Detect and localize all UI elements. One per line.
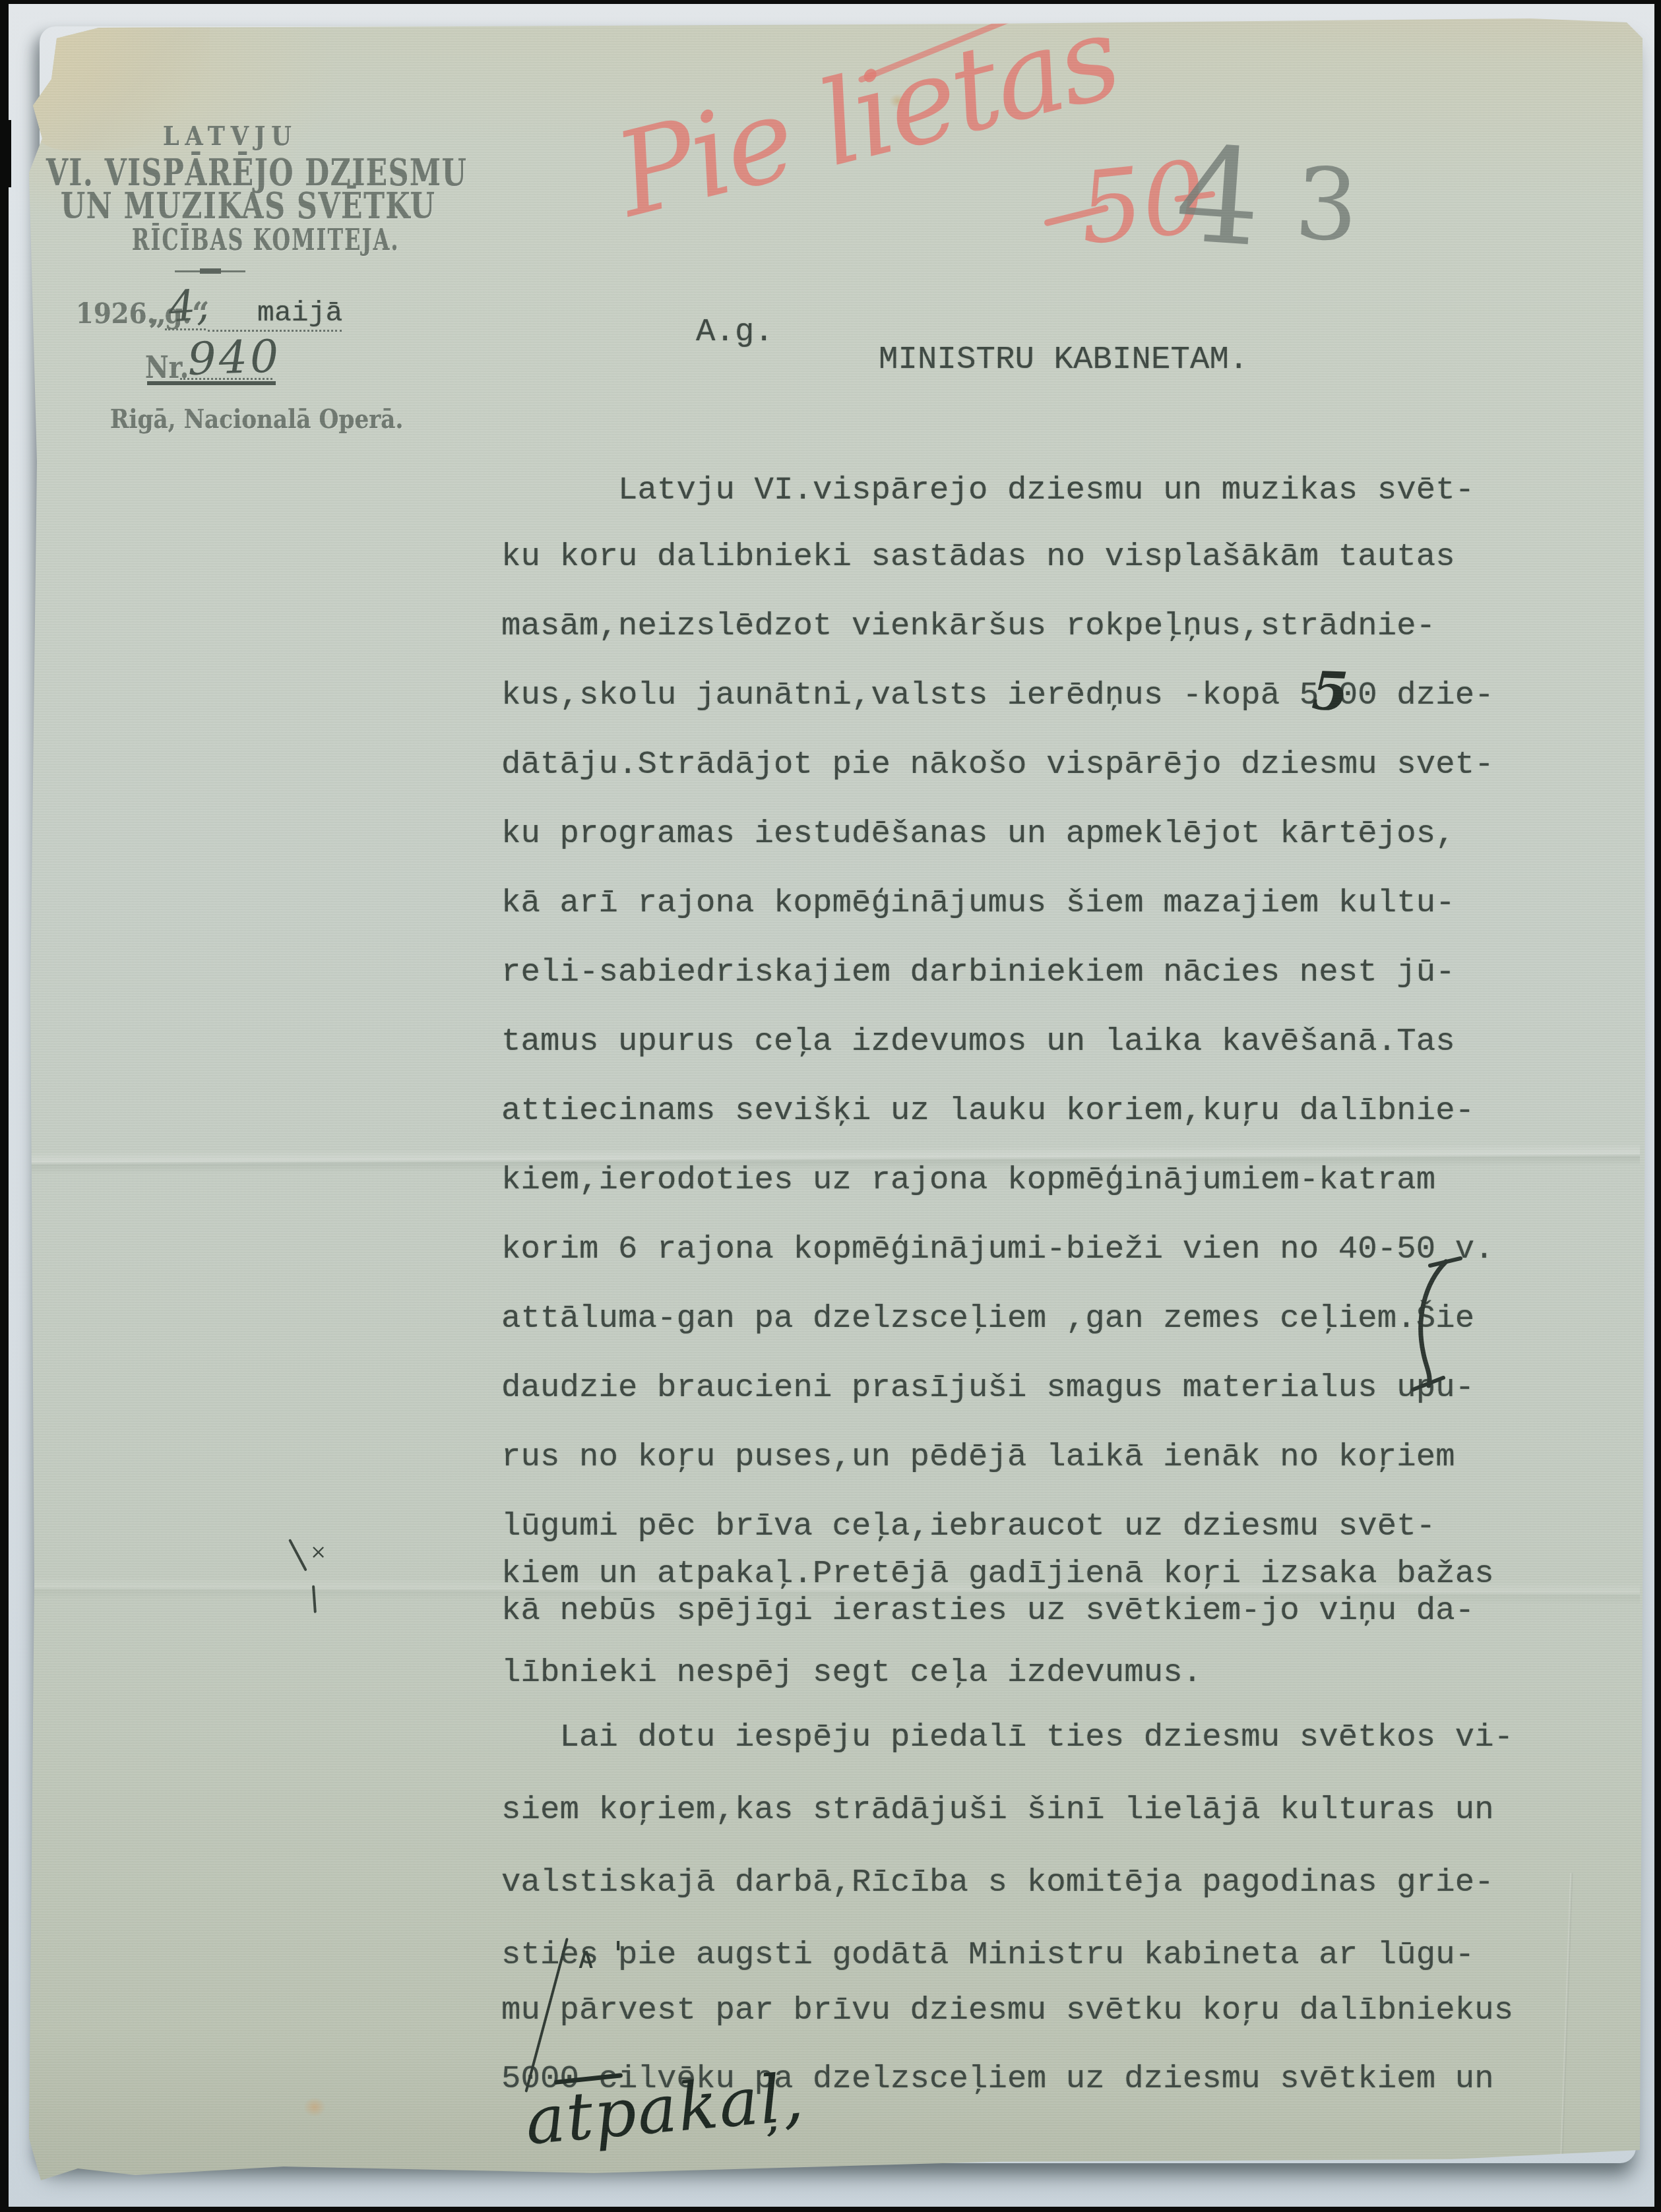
- body-line: Lai dotu iespēju piedalī ties dziesmu sv…: [560, 1720, 1514, 1756]
- body-line: siem koŗiem,kas strādājuši šinī lielājā …: [501, 1793, 1494, 1828]
- form-dotted-line: [180, 378, 272, 380]
- body-line: mu pārvest par brīvu dziesmu svētku koŗu…: [501, 1993, 1513, 2029]
- paragraph-correction-mark: [1404, 1255, 1464, 1395]
- letterhead-org-line4: RĪCĪBAS KOMITEJA.: [132, 224, 400, 257]
- recipient-heading: MINISTRU KABINETAM.: [879, 342, 1249, 378]
- margin-mark: [288, 1539, 307, 1572]
- insertion-tick: ': [613, 1935, 623, 1975]
- body-line: daudzie braucieni prasījuši smagus mater…: [501, 1370, 1474, 1406]
- body-line: lūgumi pēc brīva ceļa,iebraucot uz dzies…: [501, 1509, 1435, 1545]
- letterhead-org-line1: LATVJU: [163, 121, 298, 152]
- number-underline: [147, 381, 276, 385]
- gray-pencil-digit: 4: [1172, 117, 1266, 276]
- body-line: reli-sabiedriskajiem darbiniekiem nācies…: [501, 955, 1455, 991]
- body-line: Latvju VI.vispārejo dziesmu un muzikas s…: [618, 473, 1474, 508]
- body-line: masām,neizslēdzot vienkāršus rokpeļņus,s…: [501, 609, 1435, 644]
- letterhead-place: Rigā, Nacionalā Operā.: [110, 404, 404, 435]
- open-quote: „: [149, 295, 166, 331]
- body-line: kiem,ierodoties uz rajona kopmēģinājumie…: [501, 1163, 1435, 1198]
- body-line: tamus upurus ceļa izdevumos un laika kav…: [501, 1024, 1455, 1060]
- typed-month: maijā: [257, 297, 343, 328]
- body-line: attiecinams sevišķi uz lauku koriem,kuŗu…: [501, 1093, 1474, 1129]
- margin-mark: [312, 1585, 317, 1613]
- body-line: rus no koŗu puses,un pēdējā laikā ienāk …: [501, 1440, 1455, 1475]
- body-line: lībnieki nespēj segt ceļa izdevumus.: [501, 1655, 1202, 1691]
- body-line: attāluma-gan pa dzelzsceļiem ,gan zemes …: [501, 1301, 1474, 1337]
- letterhead-divider: [175, 270, 245, 272]
- body-line: kā arī rajona kopmēģinājumus šiem mazaji…: [501, 886, 1455, 921]
- letterhead-org-line3: UN MUZIKAS SVĒTKU: [61, 185, 435, 227]
- body-line: ku programas iestudēšanas un apmeklējot …: [501, 816, 1455, 852]
- body-line: kiem un atpakaļ.Pretējā gadījienā koŗi i…: [501, 1556, 1494, 1592]
- body-line: korim 6 rajona kopmēģinājumi-bieži vien …: [501, 1232, 1494, 1268]
- ink-correction-digit: 5: [1311, 660, 1350, 723]
- body-line: ku koru dalibnieki sastādas no visplašāk…: [501, 539, 1455, 575]
- body-line: valstiskajā darbā,Rīcība s komitēja pago…: [501, 1865, 1494, 1901]
- red-pencil-note: Pie lietas: [604, 0, 1131, 243]
- margin-cross-mark: ×: [310, 1541, 327, 1564]
- insertion-caret-icon: ∧: [575, 1942, 596, 1975]
- gray-pencil-digit: 3: [1292, 146, 1361, 264]
- body-line: sties pie augsti godātā Ministru kabinet…: [501, 1938, 1474, 1973]
- reference-mark: A.g.: [696, 315, 774, 350]
- paper-stain: [303, 2097, 326, 2117]
- close-quote: “: [192, 295, 209, 331]
- form-dotted-line: [165, 328, 206, 330]
- scan-edge-mark: [0, 120, 11, 187]
- body-line: dātāju.Strādājot pie nākošo vispārējo dz…: [501, 747, 1494, 783]
- letter-paper: LATVJU VI. VISPĀRĒJO DZIESMU UN MUZIKAS …: [0, 0, 1661, 2212]
- body-line: kā nebūs spējīgi ierasties uz svētkiem-j…: [501, 1593, 1474, 1629]
- scanned-letter: LATVJU VI. VISPĀRĒJO DZIESMU UN MUZIKAS …: [0, 0, 1661, 2212]
- fold-crease: [1559, 1873, 1573, 2190]
